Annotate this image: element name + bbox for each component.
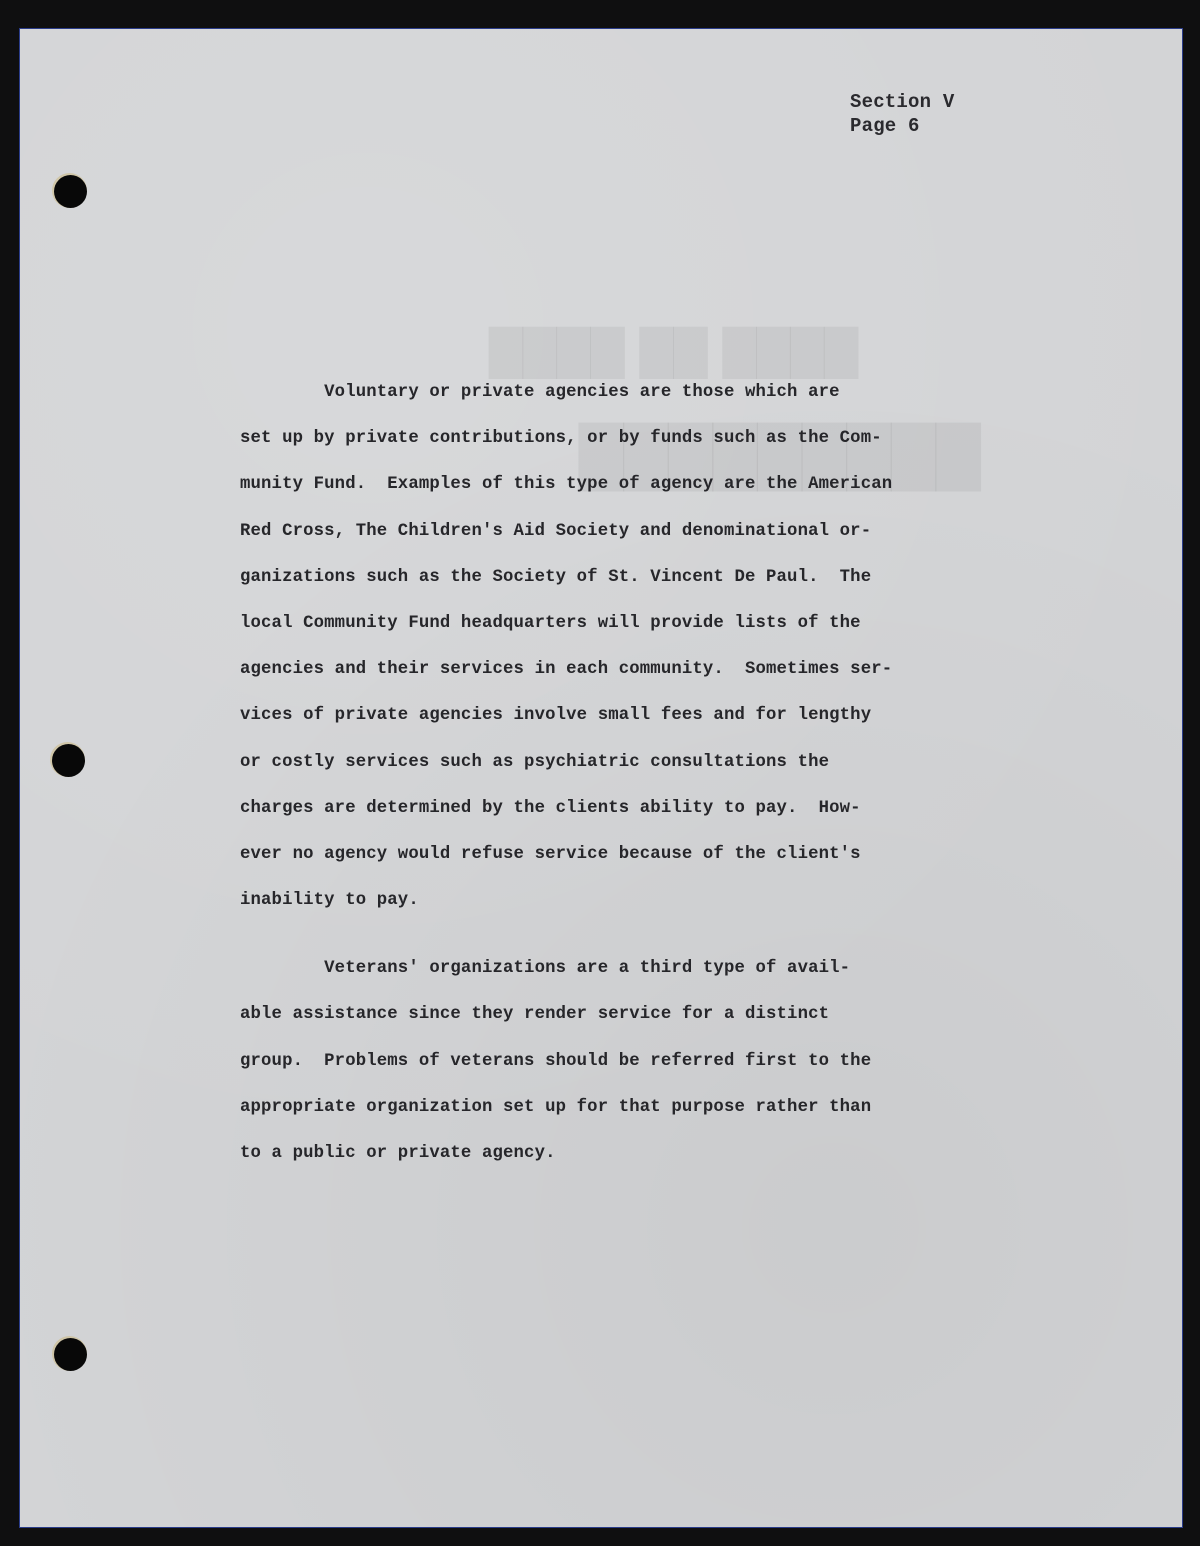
punch-hole-top — [54, 175, 87, 208]
text-line: group. Problems of veterans should be re… — [240, 1047, 960, 1093]
punch-hole-middle — [52, 744, 85, 777]
bleed-through-watermark: ████ ██ ████ — [489, 328, 858, 379]
text-line: local Community Fund headquarters will p… — [240, 609, 960, 655]
text-line: able assistance since they render servic… — [240, 1000, 960, 1046]
paragraph-veterans-organizations: Veterans' organizations are a third type… — [240, 954, 960, 1185]
page-number: Page 6 — [850, 114, 954, 138]
text-line: munity Fund. Examples of this type of ag… — [240, 470, 960, 516]
text-line: set up by private contributions, or by f… — [240, 424, 960, 470]
text-line: appropriate organization set up for that… — [240, 1093, 960, 1139]
text-line: Red Cross, The Children's Aid Society an… — [240, 517, 960, 563]
text-line: to a public or private agency. — [240, 1139, 960, 1185]
page-header: Section V Page 6 — [850, 90, 954, 138]
section-label: Section V — [850, 90, 954, 114]
text-line: inability to pay. — [240, 886, 960, 932]
text-line: Veterans' organizations are a third type… — [240, 954, 960, 1000]
text-line: Voluntary or private agencies are those … — [240, 378, 960, 424]
text-line: charges are determined by the clients ab… — [240, 794, 960, 840]
document-body: Voluntary or private agencies are those … — [240, 378, 960, 1185]
text-line: ever no agency would refuse service beca… — [240, 840, 960, 886]
paragraph-spacer — [240, 932, 960, 954]
punch-hole-bottom — [54, 1338, 87, 1371]
paragraph-private-agencies: Voluntary or private agencies are those … — [240, 378, 960, 932]
text-line: agencies and their services in each comm… — [240, 655, 960, 701]
text-line: ganizations such as the Society of St. V… — [240, 563, 960, 609]
text-line: or costly services such as psychiatric c… — [240, 748, 960, 794]
text-line: vices of private agencies involve small … — [240, 701, 960, 747]
